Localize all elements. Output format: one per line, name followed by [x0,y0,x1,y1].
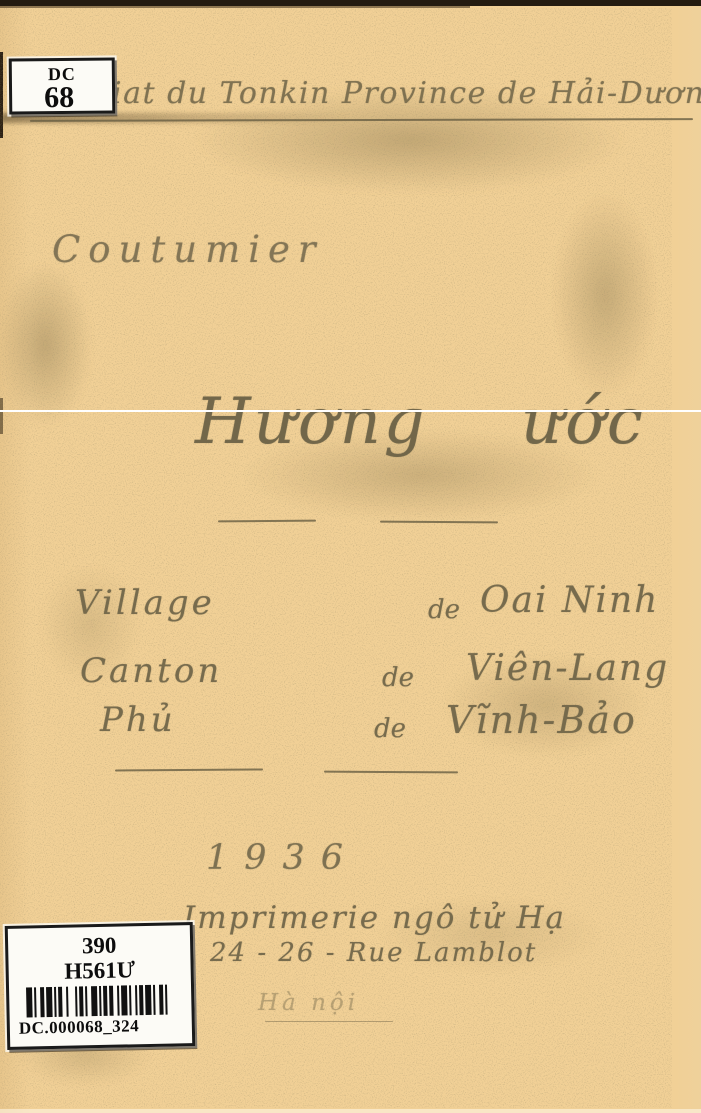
village-label: Village [75,583,215,623]
phu-value: Vĩnh-Bảo [446,698,637,742]
scan-left-mark [0,398,3,434]
village-value: Oai Ninh [480,580,659,621]
scan-left-edge [0,52,3,138]
shelfmark-number: 68 [6,83,112,112]
canton-de: de [382,663,414,693]
call-number-label: 390 H561Ư DC.000068_324 [5,922,196,1050]
phu-label: Phủ [100,700,176,740]
year-handwriting: 1936 [206,838,359,878]
city-underline [265,1021,393,1022]
shelfmark-label: DC 68 [9,57,116,114]
rows-rule-left [115,768,263,771]
call-number-class: 390 [8,931,190,960]
scan-crease-line [0,410,701,412]
scan-top-edge-shadow [0,6,470,8]
village-de: de [428,595,460,625]
rows-rule-right [324,771,458,774]
canton-label: Canton [80,651,222,691]
title-rule-right [380,521,498,524]
canton-value: Viên-Lang [466,648,669,689]
header-handwriting: iat du Tonkin Province de Hải-Dương [112,76,701,111]
title-handwriting: Hương ước [195,385,646,459]
call-number-cutter: H561Ư [8,956,190,985]
header-underline [30,118,693,122]
title-rule-left [218,520,316,523]
coutumier-handwriting: Coutumier [52,228,324,271]
scan-bottom-edge [0,1109,701,1113]
city-handwriting: Hà nội [258,990,359,1016]
printer-handwriting: Imprimerie ngô tử Hạ [183,900,566,936]
barcode-number: DC.000068_324 [19,1016,192,1038]
address-handwriting: 24 - 26 - Rue Lamblot [210,938,537,968]
phu-de: de [374,714,406,744]
scanned-cover-page: iat du Tonkin Province de Hải-Dương Cout… [0,0,701,1113]
barcode [26,984,175,1017]
